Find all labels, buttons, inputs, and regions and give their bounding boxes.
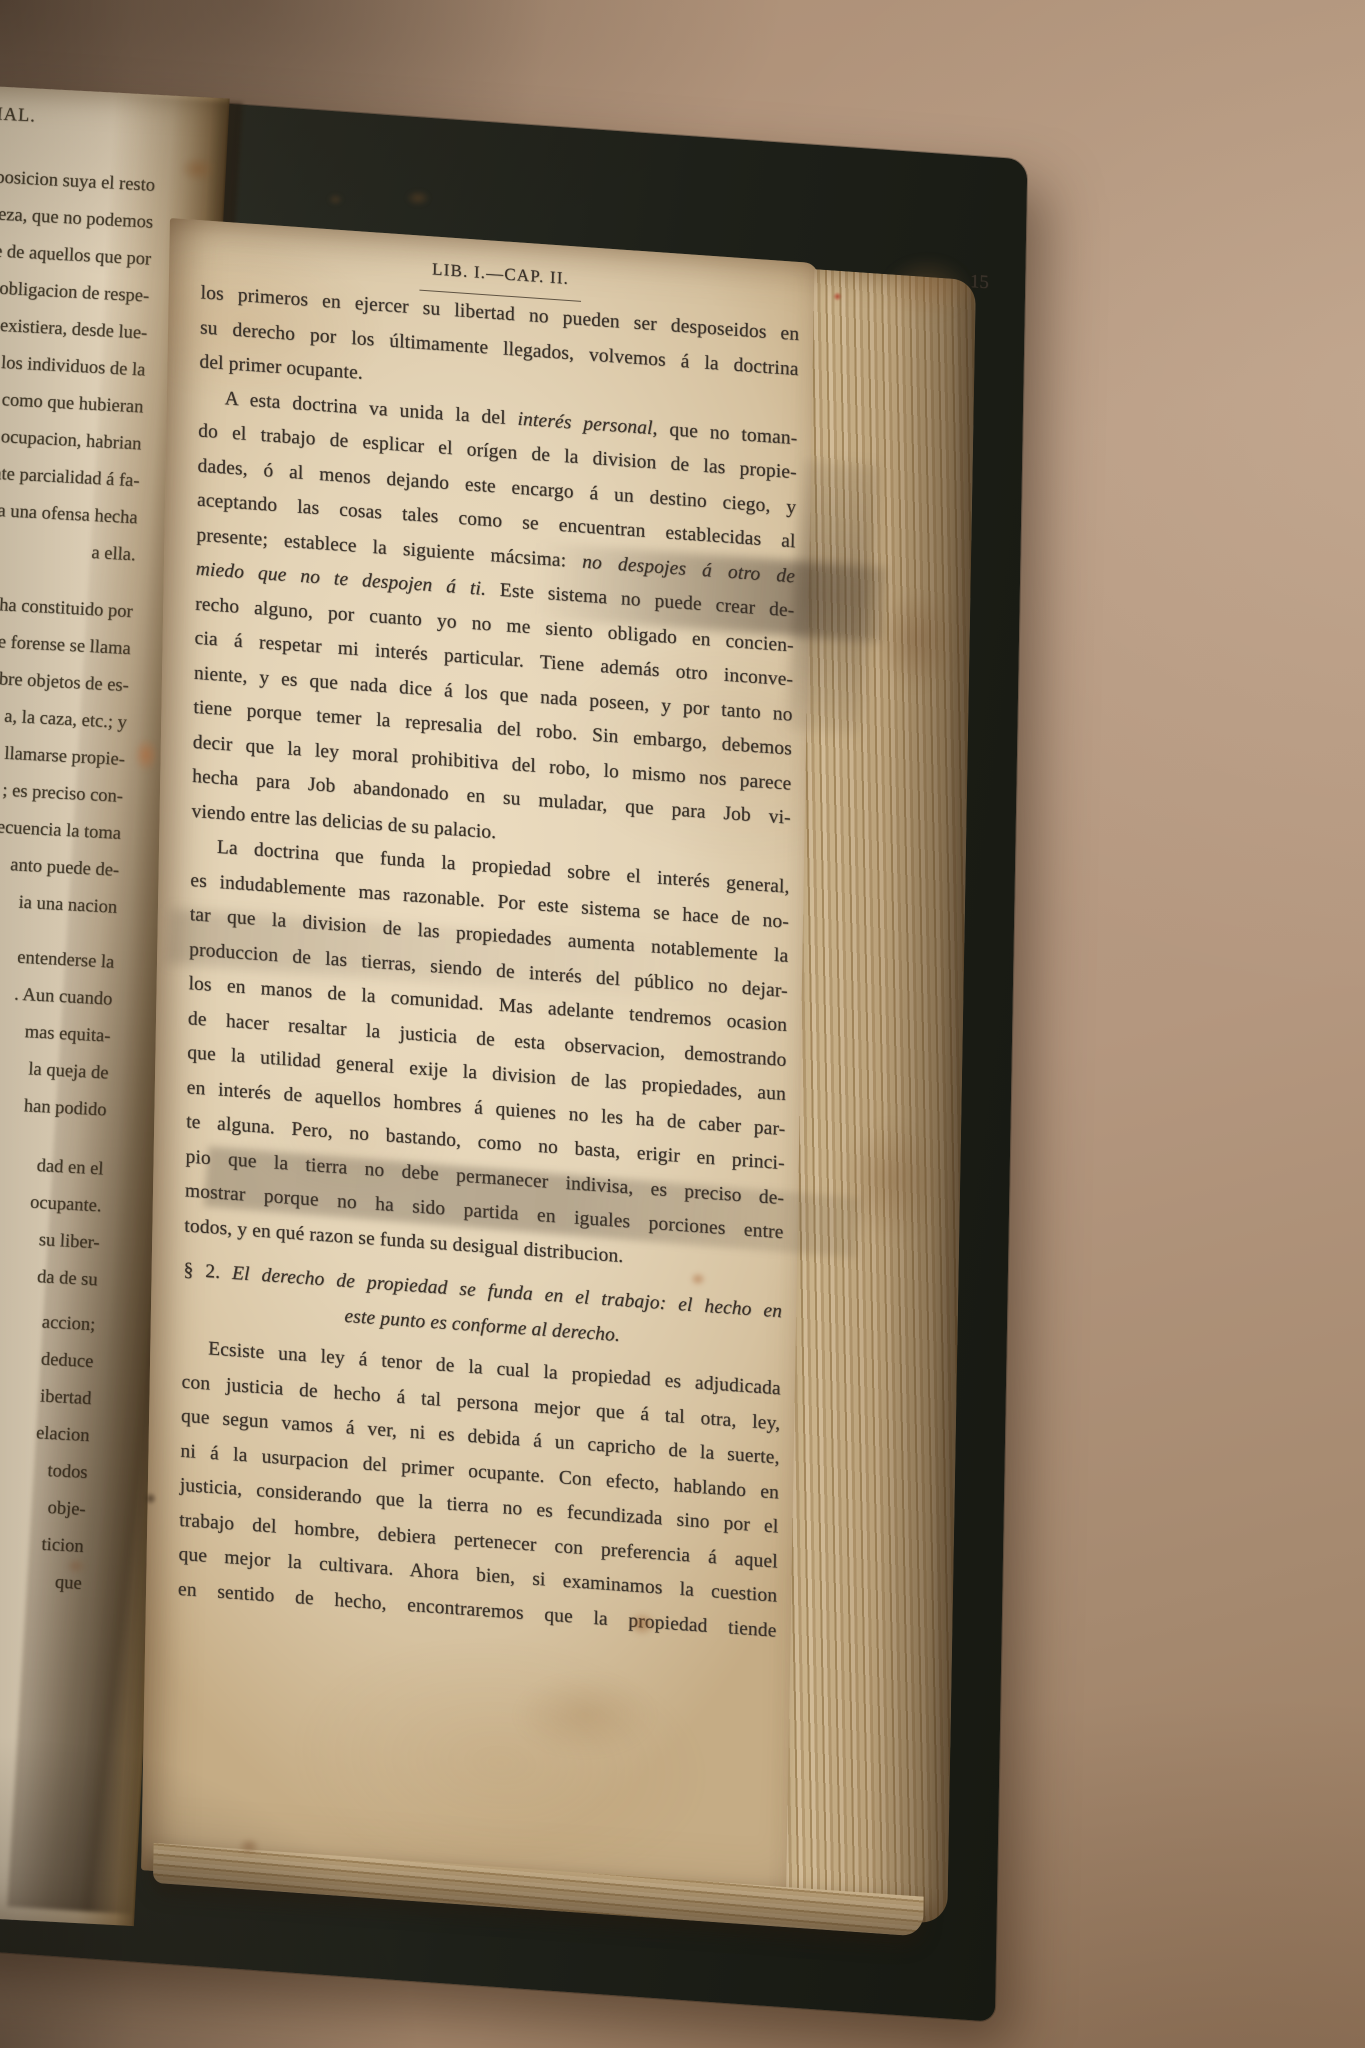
paragraph: Ecsiste una ley á tenor de la cual la pr…: [178, 1331, 781, 1649]
open-book-photo: IAL.disposicion suya el restoaturaleza, …: [0, 0, 1365, 2048]
left-page-text-fragment: IAL.: [0, 90, 159, 142]
text-segment: del primer ocupante.: [199, 351, 363, 383]
left-page-fragments: IAL.disposicion suya el restoaturaleza, …: [0, 90, 159, 1603]
page-text: LIB. I.—CAP. II. 15 los primeros en ejer…: [178, 236, 800, 1649]
text-segment: , que no toman-: [652, 418, 797, 449]
left-page-text-fragment: accion;: [0, 1293, 96, 1345]
page-number: 15: [970, 265, 990, 301]
page-fore-edge: [786, 269, 976, 1924]
left-page-text-fragment: entenderse la: [0, 930, 115, 982]
left-page-text-fragment: dad en el: [0, 1137, 104, 1189]
paragraph: A esta doctrina va unida la del interés …: [191, 380, 797, 871]
paragraph: La doctrina que funda la propiedad sobre…: [184, 829, 790, 1285]
left-page-text-fragment: e ha constituido por: [0, 580, 134, 632]
italic-text-segment: interés personal: [517, 408, 652, 438]
text-segment: § 2.: [183, 1259, 232, 1283]
right-page: LIB. I.—CAP. II. 15 los primeros en ejer…: [141, 218, 818, 1915]
page-text-block: los primeros en ejercer su libertad no p…: [178, 276, 800, 1648]
